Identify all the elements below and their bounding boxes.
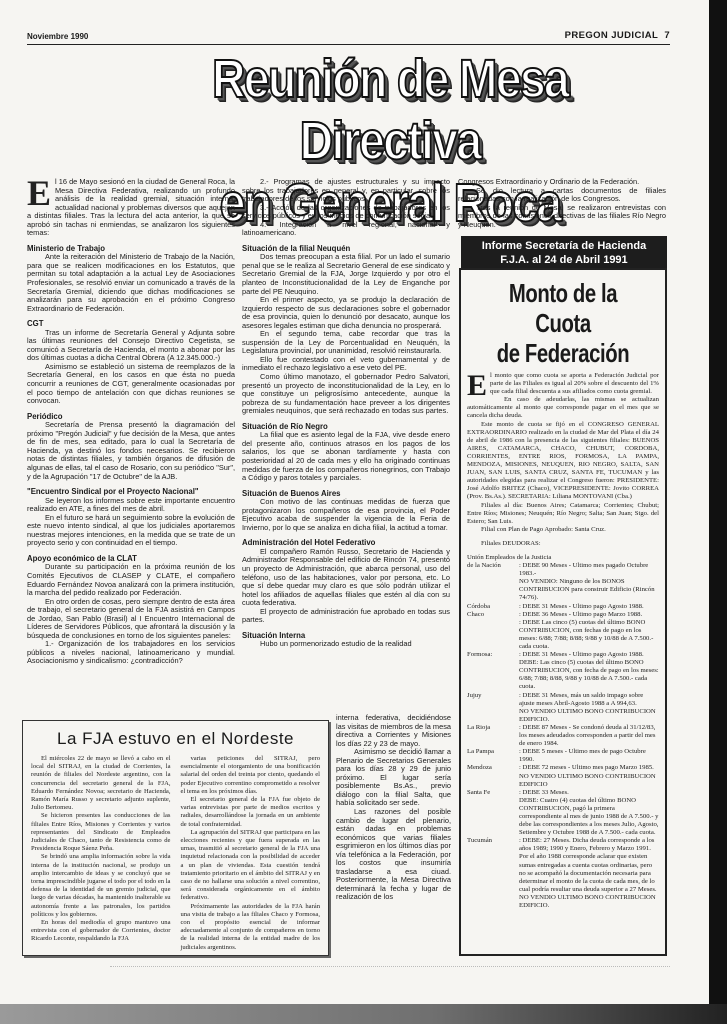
drop-cap: E	[27, 179, 51, 207]
sidebar-title: La FJA estuvo en el Nordeste	[23, 729, 328, 749]
paragraph: En otro orden de cosas, pero siempre den…	[27, 598, 235, 641]
paragraph: Con motivo de las continuas medidas de f…	[242, 498, 450, 532]
debtor-detail: : DEBE 90 Meses - Ultimo mes pagado Octu…	[519, 562, 659, 578]
page-header: Noviembre 1990 PREGON JUDICIAL 7	[27, 32, 670, 45]
debtor-detail: : DEBE 87 Meses - Se condonó deuda al 31…	[519, 724, 659, 748]
paragraph: Se brindó una amplia información sobre l…	[31, 853, 171, 919]
debtor-detail: : DEBE 31 Meses - Ultimo pago Agosto 198…	[519, 603, 659, 611]
paragraph: Secretaría de Prensa presentó la diagram…	[27, 421, 235, 481]
paragraph: Se dio lectura a cartas documentos de fi…	[458, 187, 666, 204]
paragraph: 2.- Programas de ajustes estructurales y…	[242, 178, 450, 204]
debtor-detail: : DEBE 36 Meses - Ultimo pago Marzo 1988…	[519, 611, 659, 619]
debtor-detail: : DEBE 31 Meses - Ultimo pago Agosto 198…	[519, 651, 659, 659]
paragraph: Asimismo se estableció un sistema de ree…	[27, 363, 235, 406]
debtor-row: La Rioja: DEBE 87 Meses - Se condonó deu…	[467, 724, 659, 748]
debtor-detail: Por el año 1988 corresponde aclarar que …	[519, 853, 659, 893]
paragraph: Filial con Plan de Pago Aprobado: Santa …	[467, 526, 659, 534]
debtor-detail: NO VENDIO ULTIMO BONO CONTRIBUCION EDIFI…	[519, 894, 659, 910]
debtor-row: de la Nación: DEBE 90 Meses - Ultimo mes…	[467, 562, 659, 602]
debtor-province: Mendoza	[467, 764, 519, 788]
deudoras-label: Filiales DEUDORAS:	[467, 540, 659, 548]
paragraph: 3.- Acción de las organizaciones de trab…	[242, 204, 450, 221]
paragraph: En caso de adeudarlas, las mismas se act…	[467, 396, 659, 420]
paragraph: El miércoles 22 de mayo se llevó a cabo …	[31, 755, 171, 812]
issue-date: Noviembre 1990	[27, 32, 88, 41]
cuota-federacion-box: Monto de la Cuota de Federación E l mont…	[459, 268, 667, 956]
divider	[110, 966, 670, 967]
banner-line-1: Informe Secretaría de Hacienda	[461, 239, 667, 253]
debtor-province: La Rioja	[467, 724, 519, 748]
paragraph: La agrupación del SITRAJ que participara…	[181, 829, 321, 903]
article-column-2-continued: interna federativa, decidiéndose las vis…	[336, 714, 451, 902]
paragraph: Se leyeron los informes sobre este impor…	[27, 497, 235, 514]
paragraph: En horas del mediodía el grupo mantuvo u…	[31, 919, 171, 944]
paragraph: Ante la reiteración del Ministerio de Tr…	[27, 253, 235, 313]
paragraph: El secretario general de la FJA fue obje…	[181, 796, 321, 829]
paragraph: 4.- Integración a nivel regional, nacion…	[242, 221, 450, 238]
debtor-detail: NO VENDIO ULTIMO BONO CONTRIBUCION EDIFI…	[519, 708, 659, 724]
paragraph: El compañero Ramón Russo, Secretario de …	[242, 548, 450, 608]
paragraph: Asimismo se decidió llamar a Plenario de…	[336, 748, 451, 808]
debtor-detail: : DEBE 72 meses - Ultimo mes pago Marzo …	[519, 764, 659, 772]
paragraph: En el segundo tema, cabe recordar que tr…	[242, 330, 450, 356]
scan-border-right	[709, 0, 727, 1024]
paragraph: Dos temas preocupan a esta filial. Por u…	[242, 253, 450, 296]
paragraph: Se hicieron presentes las conducciones d…	[31, 812, 171, 853]
scan-border-bottom	[0, 1004, 727, 1024]
debtor-row: Chaco: DEBE 36 Meses - Ultimo pago Marzo…	[467, 611, 659, 651]
debtor-row: Córdoba: DEBE 31 Meses - Ultimo pago Ago…	[467, 603, 659, 611]
debtor-province: Formosa:	[467, 651, 519, 691]
sidebar-article-nordeste: La FJA estuvo en el Nordeste El miércole…	[22, 720, 329, 956]
paragraph: Tras la reunión de Mesa, se realizaron e…	[458, 204, 666, 230]
debtor-detail: NO VENDIO ULTIMO BONO CONTRIBUCION EDIFI…	[519, 773, 659, 789]
debtor-province: Córdoba	[467, 603, 519, 611]
paragraph: 1.- Organización de los trabajadores en …	[27, 640, 235, 666]
debtor-detail: NO VENDIO: Ninguno de los BONOS CONTRIBU…	[519, 578, 659, 602]
paragraph: En el primer aspecto, ya se produjo la d…	[242, 296, 450, 330]
paragraph: l monto que como cuota se aporta a Feder…	[467, 372, 659, 396]
debtor-province: Santa Fe	[467, 789, 519, 838]
headline-line-1: Reunión de Mesa Directiva	[141, 48, 640, 172]
paragraph: Como último manotazo, el gobernador Pedr…	[242, 373, 450, 416]
paragraph: La filial que es asiento legal de la FJA…	[242, 431, 450, 482]
paragraph: interna federativa, decidiéndose las vis…	[336, 714, 451, 748]
article-column-2: 2.- Programas de ajustes estructurales y…	[242, 178, 450, 649]
paragraph: Filiales al día: Buenos Aires; Catamarca…	[467, 502, 659, 526]
debtor-row: Tucumán: DEBE: 27 Meses. Dicha deuda cor…	[467, 837, 659, 910]
paragraph: Tras un informe de Secretaría General y …	[27, 329, 235, 363]
banner-line-2: F.J.A. al 24 de Abril 1991	[461, 253, 667, 267]
article-column-3: Congresos Extraordinario y Ordinario de …	[458, 178, 666, 229]
article-column-1: E l 16 de Mayo sesionó en la ciudad de G…	[27, 178, 235, 666]
paragraph: Ello fue contestado con el veto gubernam…	[242, 356, 450, 373]
debtor-province: Tucumán	[467, 837, 519, 910]
debtor-detail: DEBE: Cuatro (4) cuotas del último BONO …	[519, 797, 659, 837]
drop-cap: E	[467, 373, 487, 398]
debtor-row: Santa Fe: DEBE 33 Meses.DEBE: Cuatro (4)…	[467, 789, 659, 838]
page-number: 7	[664, 30, 670, 41]
paragraph: El proyecto de administración fue aproba…	[242, 608, 450, 625]
union-label: Unión Empleados de la Justicia	[467, 554, 659, 562]
debtor-detail: : DEBE Las cinco (5) cuotas del último B…	[519, 619, 659, 651]
paragraph: Las razones del posible cambio de lugar …	[336, 808, 451, 902]
cuota-title: Monto de la Cuota de Federación	[483, 278, 642, 368]
debtor-detail: : DEBE 5 meses - Ultimo mes de pago Octu…	[519, 748, 659, 764]
debtor-province: Jujuy	[467, 692, 519, 724]
debtor-detail: DEBE: Las cinco (5) cuotas del último BO…	[519, 659, 659, 691]
debtor-row: Mendoza: DEBE 72 meses - Ultimo mes pago…	[467, 764, 659, 788]
hacienda-banner: Informe Secretaría de Hacienda F.J.A. al…	[461, 236, 667, 268]
debtor-detail: : DEBE 31 Meses, más un saldo impago sob…	[519, 692, 659, 708]
paragraph: varias peticiones del SITRAJ, pero esenc…	[181, 755, 321, 796]
publication-name: PREGON JUDICIAL 7	[565, 30, 670, 41]
paragraph: En el futuro se hará un seguimiento sobr…	[27, 514, 235, 548]
debtor-province: Chaco	[467, 611, 519, 651]
paragraph: Durante su participación en la próxima r…	[27, 563, 235, 597]
debtor-row: Formosa:: DEBE 31 Meses - Ultimo pago Ag…	[467, 651, 659, 691]
debtor-row: La Pampa: DEBE 5 meses - Ultimo mes de p…	[467, 748, 659, 764]
paragraph: Hubo un pormenorizado estudio de la real…	[242, 640, 450, 649]
sidebar-column-1: El miércoles 22 de mayo se llevó a cabo …	[31, 755, 171, 952]
sidebar-column-2: varias peticiones del SITRAJ, pero esenc…	[181, 755, 321, 952]
debtor-detail: : DEBE: 27 Meses. Dicha deuda correspond…	[519, 837, 659, 853]
paragraph: Este monto de cuota se fijó en el CONGRE…	[467, 421, 659, 502]
debtor-province: La Pampa	[467, 748, 519, 764]
article-intro: l 16 de Mayo sesionó en la ciudad de Gen…	[27, 178, 235, 238]
debtor-row: Jujuy: DEBE 31 Meses, más un saldo impag…	[467, 692, 659, 724]
debtor-province: de la Nación	[467, 562, 519, 602]
cuota-body: E l monto que como cuota se aporta a Fed…	[461, 372, 665, 910]
paragraph: Próximamente las autoridades de la FJA h…	[181, 903, 321, 952]
debtor-list: de la Nación: DEBE 90 Meses - Ultimo mes…	[467, 562, 659, 910]
debtor-detail: : DEBE 33 Meses.	[519, 789, 659, 797]
